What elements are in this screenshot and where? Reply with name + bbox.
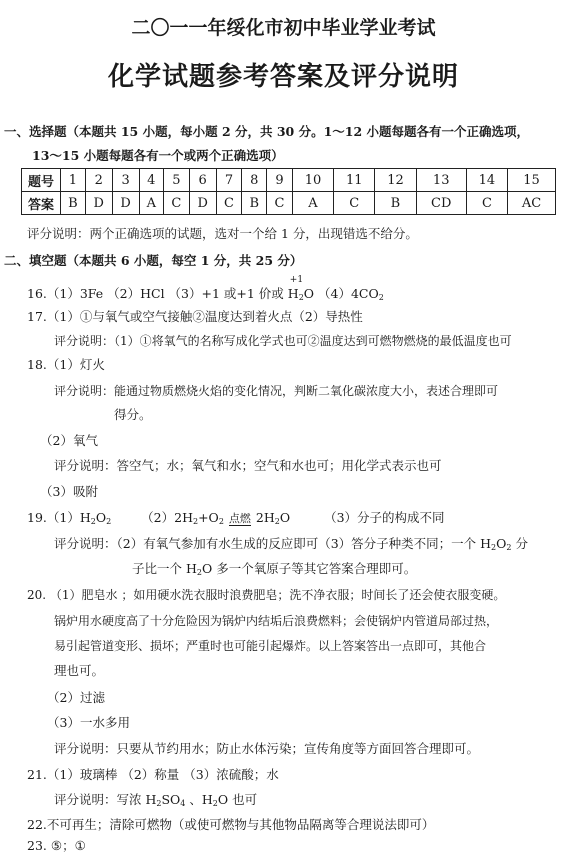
table-row-answers: 答案 B D D A C D C B C A C B CD C AC bbox=[22, 192, 556, 215]
q23-text: ⑤；① bbox=[51, 838, 86, 852]
subscript: 2 bbox=[219, 517, 224, 526]
q18-number: 18. bbox=[27, 357, 47, 372]
q21-answer: 21.（1）玻璃棒 （2）称量 （3）浓硫酸；水 bbox=[27, 767, 279, 783]
valence-mark: +1 bbox=[290, 276, 303, 285]
q17-number: 17. bbox=[27, 309, 47, 324]
q20-scoring-note: 评分说明：只要从节约用水；防止水体污染；宣传角度等方面回答合理即可。 bbox=[54, 741, 479, 757]
table-cell: C bbox=[163, 192, 189, 215]
q20-answer-1-line2: 锅炉用水硬度高了十分危险因为锅炉内结垢后浪费燃料；会使锅炉内管道局部过热， bbox=[54, 613, 498, 629]
note-text: O 也可 bbox=[218, 792, 257, 807]
table-cell: 10 bbox=[292, 169, 333, 192]
table-cell: B bbox=[375, 192, 416, 215]
q16-part-4: （4）4CO bbox=[314, 286, 379, 301]
row-label-answer: 答案 bbox=[22, 192, 61, 215]
section2-heading: 二、填空题（本题共 6 小题，每空 1 分，共 25 分） bbox=[4, 253, 302, 269]
table-cell: 13 bbox=[416, 169, 466, 192]
subscript: 2 bbox=[379, 293, 384, 302]
table-cell: C bbox=[466, 192, 507, 215]
q17-scoring-note: 评分说明：（1）①将氧气的名称写成化学式也可②温度达到可燃物燃烧的最低温度也可 bbox=[54, 333, 512, 349]
formula-element: O bbox=[304, 286, 314, 301]
q23-number: 23. bbox=[27, 838, 47, 852]
table-cell: 3 bbox=[112, 169, 139, 192]
table-cell: 2 bbox=[85, 169, 112, 192]
q18-note2: 评分说明：答空气；水；氧气和水；空气和水也可；用化学式表示也可 bbox=[54, 458, 442, 474]
table-cell: 1 bbox=[61, 169, 86, 192]
q19-note-line1: 评分说明：（2）有氧气参加有水生成的反应即可（3）答分子种类不同；一个 H2O2… bbox=[54, 536, 528, 552]
table-cell: B bbox=[242, 192, 267, 215]
table-cell: 11 bbox=[334, 169, 375, 192]
formula-element: O bbox=[280, 510, 290, 525]
q23-answer: 23. ⑤；① bbox=[27, 838, 86, 852]
q18-note1-line1: 评分说明：能通过物质燃烧火焰的变化情况，判断二氧化碳浓度大小，表述合理即可 bbox=[54, 383, 498, 399]
q17-answer: 17.（1）①与氧气或空气接触②温度达到着火点（2）导热性 bbox=[27, 309, 363, 325]
q19-number: 19. bbox=[27, 510, 47, 525]
formula-element: +O bbox=[198, 510, 219, 525]
q20-text: （1）肥皂水 ；如用硬水洗衣服时浪费肥皂；洗不净衣服；时间长了还会使衣服变硬。 bbox=[50, 588, 505, 602]
subscript: 2 bbox=[106, 517, 111, 526]
q19-answers: 19.（1）H2O2 （2）2H2+O2 点燃 2H2O （3）分子的构成不同 bbox=[27, 510, 445, 526]
q18-answer-2: （2）氧气 bbox=[40, 433, 98, 449]
q22-number: 22. bbox=[27, 817, 47, 832]
q20-answer-1-line1: 20. （1）肥皂水 ；如用硬水洗衣服时浪费肥皂；洗不净衣服；时间长了还会使衣服… bbox=[27, 587, 505, 603]
q19-answer-3: （3）分子的构成不同 bbox=[324, 510, 444, 525]
table-cell: D bbox=[112, 192, 139, 215]
formula-element: O bbox=[496, 536, 506, 551]
table-cell: 4 bbox=[139, 169, 163, 192]
q16-number: 16. bbox=[27, 286, 47, 301]
q18-answer-3: （3）吸附 bbox=[40, 484, 98, 500]
table-cell: 9 bbox=[267, 169, 293, 192]
note-text: 子比一个 H bbox=[132, 561, 197, 576]
table-cell: D bbox=[189, 192, 216, 215]
q21-scoring-note: 评分说明：写浓 H2SO4 、H2O 也可 bbox=[54, 792, 257, 808]
exam-title: 二〇一一年绥化市初中毕业学业考试 bbox=[0, 20, 567, 36]
table-cell: 15 bbox=[508, 169, 556, 192]
table-cell: 7 bbox=[216, 169, 242, 192]
q22-text: 不可再生；清除可燃物（或使可燃物与其他物品隔离等合理说法即可） bbox=[47, 817, 435, 832]
q18-note1-line2: 得分。 bbox=[114, 407, 152, 423]
q21-number: 21. bbox=[27, 767, 47, 782]
table-cell: 6 bbox=[189, 169, 216, 192]
table-cell: B bbox=[61, 192, 86, 215]
table-cell: 5 bbox=[163, 169, 189, 192]
document-title: 化学试题参考答案及评分说明 bbox=[0, 62, 567, 92]
note-text: O 多一个氧原子等其它答案合理即可。 bbox=[202, 561, 416, 576]
table-cell: C bbox=[216, 192, 242, 215]
q21-text: （1）玻璃棒 （2）称量 （3）浓硫酸；水 bbox=[47, 767, 279, 782]
note-text: 、H bbox=[185, 792, 212, 807]
q20-answer-3: （3）一水多用 bbox=[47, 715, 130, 731]
formula-element: O bbox=[96, 510, 106, 525]
table-cell: A bbox=[292, 192, 333, 215]
q20-answer-1-line4: 理也可。 bbox=[54, 663, 104, 679]
q16-answer: 16.（1）3Fe （2）HCl （3）+1 或+1 价或 +1H2O （4）4… bbox=[27, 286, 384, 302]
q20-answer-1-line3: 易引起管道变形、损坏；严重时也可能引起爆炸。以上答案答出一点即可，其他合 bbox=[54, 638, 486, 654]
table-cell: A bbox=[139, 192, 163, 215]
section1-heading: 一、选择题（本题共 15 小题，每小题 2 分，共 30 分。1～12 小题每题… bbox=[4, 124, 529, 140]
table-cell: 12 bbox=[375, 169, 416, 192]
q20-number: 20. bbox=[27, 588, 46, 602]
valence-formula: +1H2O bbox=[288, 286, 314, 302]
q18-answer-1: （1）灯火 bbox=[47, 357, 105, 372]
table-cell: AC bbox=[508, 192, 556, 215]
note-text: 评分说明：（2）有氧气参加有水生成的反应即可（3）答分子种类不同；一个 H bbox=[54, 536, 491, 551]
note-text: 分 bbox=[511, 536, 527, 551]
q19-note-line2: 子比一个 H2O 多一个氧原子等其它答案合理即可。 bbox=[132, 561, 416, 577]
note-text: 评分说明：写浓 H bbox=[54, 792, 156, 807]
q19-answer-1: （1）H bbox=[47, 510, 91, 525]
table-cell: 8 bbox=[242, 169, 267, 192]
section1-heading-cont: 13～15 小题每题各有一个或两个正确选项） bbox=[32, 148, 284, 164]
q17-text: （1）①与氧气或空气接触②温度达到着火点（2）导热性 bbox=[47, 309, 363, 324]
formula-element: SO bbox=[161, 792, 180, 807]
table-cell: C bbox=[334, 192, 375, 215]
table-cell: D bbox=[85, 192, 112, 215]
answer-table: 题号 1 2 3 4 5 6 7 8 9 10 11 12 13 14 15 答… bbox=[21, 168, 556, 215]
q18-part1: 18.（1）灯火 bbox=[27, 357, 105, 373]
reaction-condition: 点燃 bbox=[228, 510, 252, 526]
q19-answer-2: （2）2H bbox=[141, 510, 193, 525]
table-row-numbers: 题号 1 2 3 4 5 6 7 8 9 10 11 12 13 14 15 bbox=[22, 169, 556, 192]
condition-label: 点燃 bbox=[229, 513, 251, 526]
q16-parts-1-3: （1）3Fe （2）HCl （3）+1 或+1 价或 bbox=[47, 286, 284, 301]
section1-scoring-note: 评分说明：两个正确选项的试题，选对一个给 1 分，出现错选不给分。 bbox=[27, 226, 418, 242]
table-cell: C bbox=[267, 192, 293, 215]
formula-element: 2H bbox=[256, 510, 275, 525]
row-label-question-number: 题号 bbox=[22, 169, 61, 192]
table-cell: CD bbox=[416, 192, 466, 215]
table-cell: 14 bbox=[466, 169, 507, 192]
q22-answer: 22.不可再生；清除可燃物（或使可燃物与其他物品隔离等合理说法即可） bbox=[27, 817, 434, 833]
q20-answer-2: （2）过滤 bbox=[47, 690, 105, 706]
formula-element: H bbox=[288, 286, 299, 301]
